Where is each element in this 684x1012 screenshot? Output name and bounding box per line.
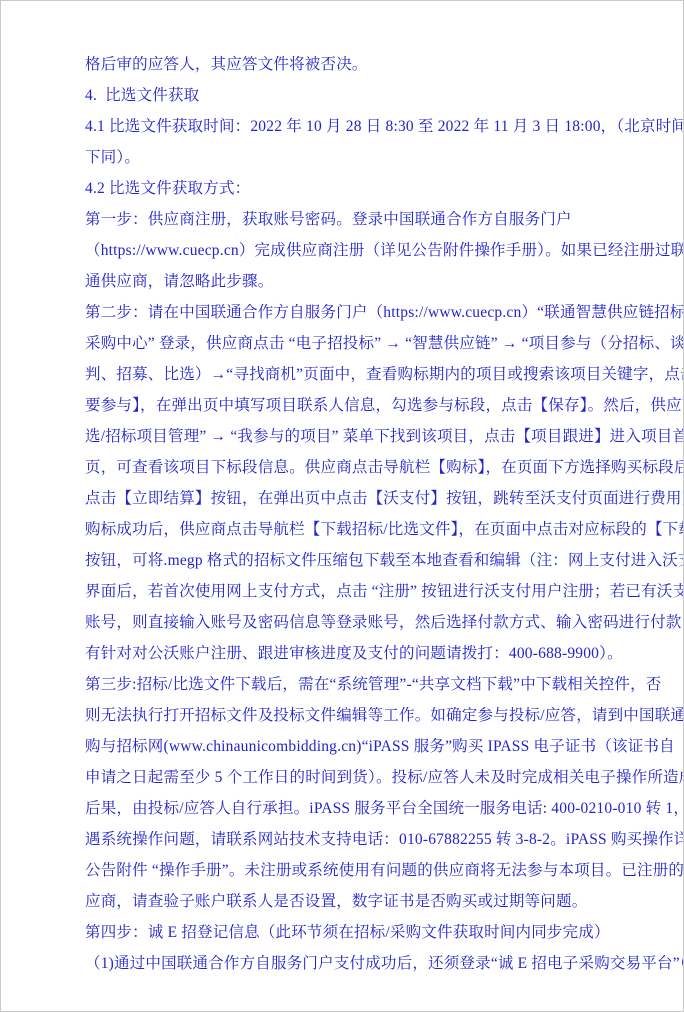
text-line: 点击【立即结算】按钮，在弹出页中点击【沃支付】按钮，跳转至沃支付页面进行费用支付… bbox=[85, 483, 607, 514]
text-line: 要参与】，在弹出页中填写项目联系人信息，勾选参与标段，点击【保存】。然后，供应商… bbox=[85, 390, 607, 421]
text-line: 页，可查看该项目下标段信息。供应商点击导航栏【购标】，在页面下方选择购买标段后， bbox=[85, 452, 607, 483]
text-line: 判、招募、比选）→“寻找商机”页面中，查看购标期内的项目或搜索该项目关键字，点击… bbox=[85, 359, 607, 390]
text-line: 公告附件 “操作手册”。未注册或系统使用有问题的供应商将无法参与本项目。已注册的… bbox=[85, 855, 607, 886]
text-line: 第四步：诚 E 招登记信息（此环节须在招标/采购文件获取时间内同步完成） bbox=[85, 917, 607, 948]
text-line: 4.2 比选文件获取方式： bbox=[85, 173, 607, 204]
text-line: 则无法执行打开招标文件及投标文件编辑等工作。如确定参与投标/应答，请到中国联通采 bbox=[85, 700, 607, 731]
text-line: 界面后，若首次使用网上支付方式，点击 “注册” 按钮进行沃支付用户注册；若已有沃… bbox=[85, 576, 607, 607]
text-line: 通供应商，请忽略此步骤。 bbox=[85, 266, 607, 297]
text-line: 有针对对公沃账户注册、跟进审核进度及支付的问题请拨打：400-688-9900）… bbox=[85, 638, 607, 669]
text-line: 下同）。 bbox=[85, 142, 607, 173]
document-page: 格后审的应答人，其应答文件将被否决。4. 比选文件获取4.1 比选文件获取时间：… bbox=[0, 0, 684, 1012]
text-line: 购标成功后，供应商点击导航栏【下载招标/比选文件】，在页面中点击对应标段的【下载… bbox=[85, 514, 607, 545]
text-line: 4.1 比选文件获取时间：2022 年 10 月 28 日 8:30 至 202… bbox=[85, 111, 607, 142]
text-line: 购与招标网(www.chinaunicombidding.cn)“iPASS 服… bbox=[85, 731, 607, 762]
text-line: 第一步：供应商注册，获取账号密码。登录中国联通合作方自服务门户 bbox=[85, 204, 607, 235]
text-line: 格后审的应答人，其应答文件将被否决。 bbox=[85, 49, 607, 80]
text-line: （1)通过中国联通合作方自服务门户支付成功后，还须登录“诚 E 招电子采购交易平… bbox=[85, 948, 607, 979]
text-line: 第三步:招标/比选文件下载后，需在“系统管理”-“共享文档下载”中下载相关控件，… bbox=[85, 669, 607, 700]
text-line: 按钮，可将.megp 格式的招标文件压缩包下载至本地查看和编辑（注：网上支付进入… bbox=[85, 545, 607, 576]
text-line: 4. 比选文件获取 bbox=[85, 80, 607, 111]
text-line: 采购中心” 登录，供应商点击 “电子招投标” → “智慧供应链” → “项目参与… bbox=[85, 328, 607, 359]
text-line: 申请之日起需至少 5 个工作日的时间到货）。投标/应答人未及时完成相关电子操作所… bbox=[85, 762, 607, 793]
document-text: 格后审的应答人，其应答文件将被否决。4. 比选文件获取4.1 比选文件获取时间：… bbox=[85, 49, 607, 979]
text-line: 第二步：请在中国联通合作方自服务门户（https://www.cuecp.cn）… bbox=[85, 297, 607, 328]
text-line: 遇系统操作问题，请联系网站技术支持电话：010-67882255 转 3-8-2… bbox=[85, 824, 607, 855]
text-line: 后果，由投标/应答人自行承担。iPASS 服务平台全国统一服务电话: 400-0… bbox=[85, 793, 607, 824]
text-line: 应商，请查验子账户联系人是否设置，数字证书是否购买或过期等问题。 bbox=[85, 886, 607, 917]
text-line: 账号，则直接输入账号及密码信息等登录账号，然后选择付款方式、输入密码进行付款；如 bbox=[85, 607, 607, 638]
text-line: 选/招标项目管理” → “我参与的项目” 菜单下找到该项目，点击【项目跟进】进入… bbox=[85, 421, 607, 452]
text-line: （https://www.cuecp.cn）完成供应商注册（详见公告附件操作手册… bbox=[85, 235, 607, 266]
